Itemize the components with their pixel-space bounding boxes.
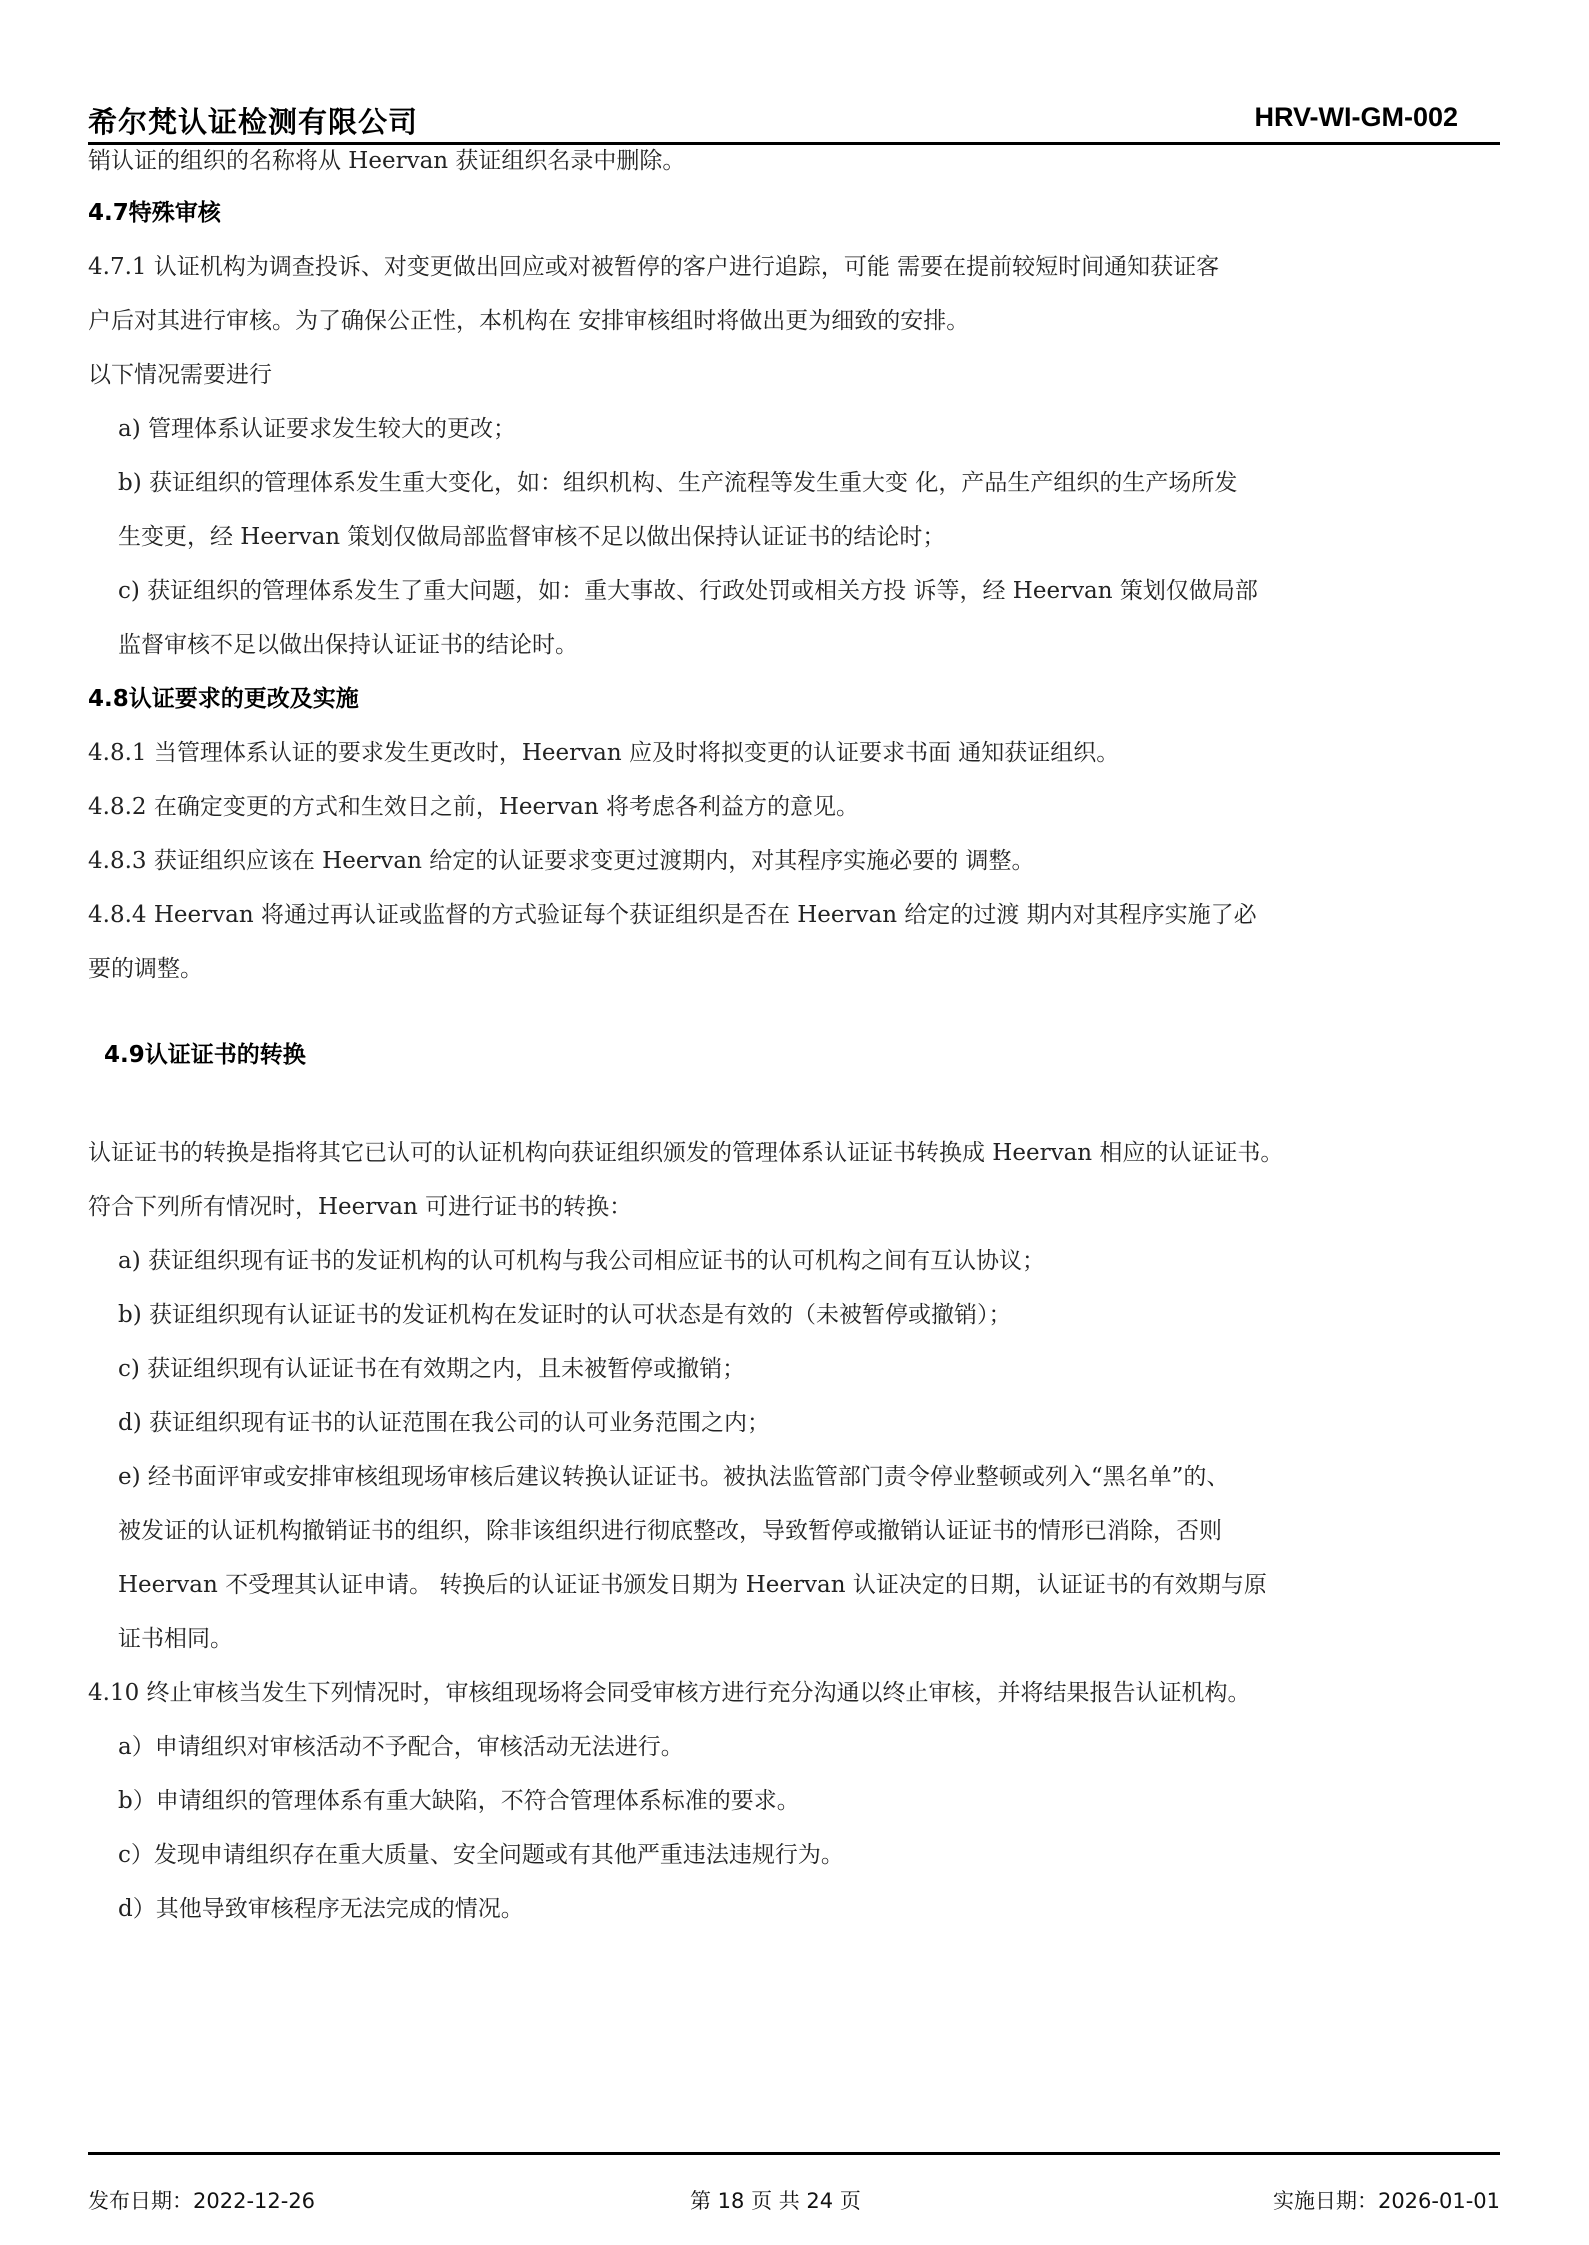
list-item: b) 获证组织的管理体系发生重大变化，如：组织机构、生产流程等发生重大变 化，产… <box>118 468 1237 498</box>
paragraph-line: 4.8.3 获证组织应该在 Heervan 给定的认证要求变更过渡期内，对其程序… <box>88 846 1035 876</box>
list-item-continuation: 证书相同。 <box>118 1624 233 1654</box>
page-number: 第 18 页 共 24 页 <box>690 2185 861 2215</box>
section-heading-4-8: 4.8认证要求的更改及实施 <box>88 684 359 714</box>
list-item-continuation: Heervan 不受理其认证申请。 转换后的认证证书颁发日期为 Heervan … <box>118 1570 1267 1600</box>
paragraph-line: 4.8.2 在确定变更的方式和生效日之前，Heervan 将考虑各利益方的意见。 <box>88 792 859 822</box>
list-item-continuation: 监督审核不足以做出保持认证证书的结论时。 <box>118 630 578 660</box>
paragraph-line-4-10: 4.10 终止审核当发生下列情况时，审核组现场将会同受审核方进行充分沟通以终止审… <box>88 1678 1251 1708</box>
list-item: c）发现申请组织存在重大质量、安全问题或有其他严重违法违规行为。 <box>118 1840 844 1870</box>
paragraph-line: 4.7.1 认证机构为调查投诉、对变更做出回应或对被暂停的客户进行追踪，可能 需… <box>88 252 1219 282</box>
paragraph-line: 要的调整。 <box>88 954 203 984</box>
list-item-continuation: 生变更，经 Heervan 策划仅做局部监督审核不足以做出保持认证证书的结论时； <box>118 522 945 552</box>
list-item: c) 获证组织现有认证证书在有效期之内，且未被暂停或撤销； <box>118 1354 745 1384</box>
paragraph-line: 认证证书的转换是指将其它已认可的认证机构向获证组织颁发的管理体系认证证书转换成 … <box>88 1138 1283 1168</box>
paragraph-line: 户后对其进行审核。为了确保公正性，本机构在 安排审核组时将做出更为细致的安排。 <box>88 306 969 336</box>
list-item: b) 获证组织现有认证证书的发证机构在发证时的认可状态是有效的（未被暂停或撤销）… <box>118 1300 1012 1330</box>
paragraph-line: 符合下列所有情况时，Heervan 可进行证书的转换： <box>88 1192 632 1222</box>
list-item: c) 获证组织的管理体系发生了重大问题，如：重大事故、行政处罚或相关方投 诉等，… <box>118 576 1258 606</box>
paragraph-line: 4.8.1 当管理体系认证的要求发生更改时，Heervan 应及时将拟变更的认证… <box>88 738 1119 768</box>
list-item: a) 管理体系认证要求发生较大的更改； <box>118 414 516 444</box>
list-item: d) 获证组织现有证书的认证范围在我公司的认可业务范围之内； <box>118 1408 770 1438</box>
paragraph-line: 以下情况需要进行 <box>88 360 272 390</box>
section-heading-4-7: 4.7特殊审核 <box>88 198 221 228</box>
page-header: 希尔梵认证检测有限公司 HRV-WI-GM-002 <box>88 96 1500 145</box>
page-footer: 发布日期：2022-12-26 第 18 页 共 24 页 实施日期：2026-… <box>88 2152 1500 2155</box>
list-item: a) 获证组织现有证书的发证机构的认可机构与我公司相应证书的认可机构之间有互认协… <box>118 1246 1045 1276</box>
list-item: a）申请组织对审核活动不予配合，审核活动无法进行。 <box>118 1732 684 1762</box>
list-item: d）其他导致审核程序无法完成的情况。 <box>118 1894 524 1924</box>
section-heading-4-9: 4.9认证证书的转换 <box>104 1040 306 1070</box>
list-item: e) 经书面评审或安排审核组现场审核后建议转换认证证书。被执法监管部门责令停业整… <box>118 1462 1229 1492</box>
list-item: b）申请组织的管理体系有重大缺陷，不符合管理体系标准的要求。 <box>118 1786 800 1816</box>
publish-date: 发布日期：2022-12-26 <box>88 2185 315 2215</box>
company-name: 希尔梵认证检测有限公司 <box>88 100 418 141</box>
effective-date: 实施日期：2026-01-01 <box>1273 2185 1500 2215</box>
list-item-continuation: 被发证的认证机构撤销证书的组织，除非该组织进行彻底整改，导致暂停或撤销认证证书的… <box>118 1516 1222 1546</box>
paragraph-line: 4.8.4 Heervan 将通过再认证或监督的方式验证每个获证组织是否在 He… <box>88 900 1257 930</box>
document-code: HRV-WI-GM-002 <box>1254 102 1458 133</box>
paragraph-line: 销认证的组织的名称将从 Heervan 获证组织名录中删除。 <box>88 146 685 176</box>
